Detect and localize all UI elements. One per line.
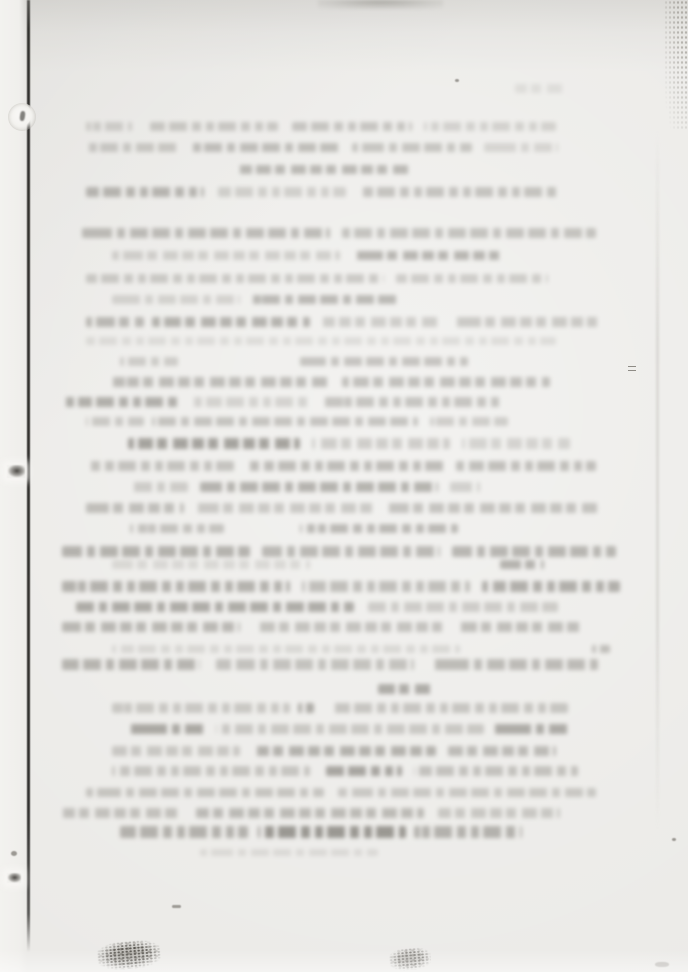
ink-blot bbox=[7, 465, 25, 478]
ink-speck bbox=[672, 838, 676, 841]
scan-bottom-shade bbox=[0, 950, 688, 972]
ink-speck bbox=[455, 79, 459, 82]
corner-noise bbox=[664, 0, 688, 130]
spine-line bbox=[27, 0, 30, 952]
equals-mark bbox=[628, 366, 636, 372]
punch-hole bbox=[8, 103, 36, 131]
ink-speck bbox=[11, 851, 17, 856]
tiny-dash bbox=[172, 905, 181, 908]
ink-blot bbox=[7, 873, 21, 883]
scanned-page bbox=[0, 0, 688, 972]
right-streak bbox=[656, 130, 659, 830]
artifact-layer bbox=[0, 0, 688, 972]
edge-strip bbox=[318, 0, 443, 9]
